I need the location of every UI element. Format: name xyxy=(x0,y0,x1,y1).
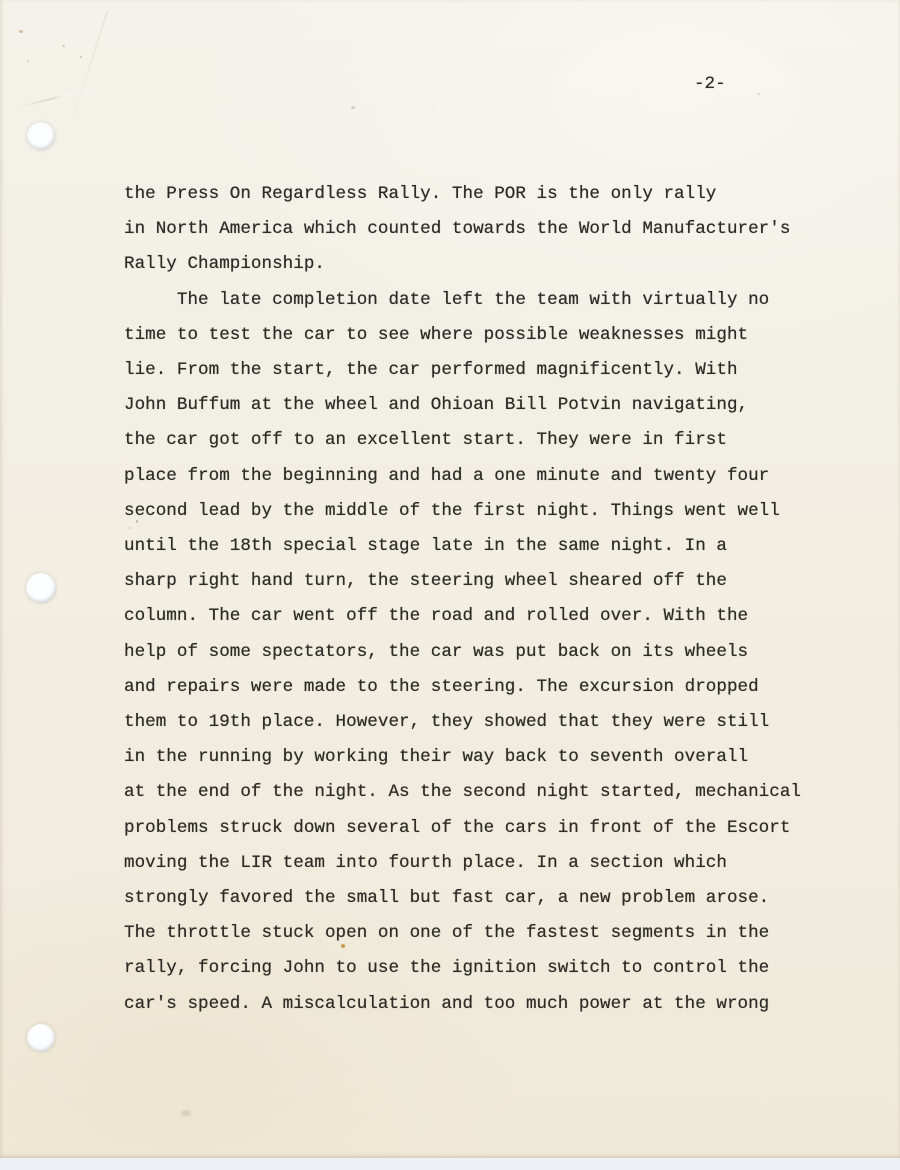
paper-stain xyxy=(351,106,355,109)
paper-stain xyxy=(757,93,760,95)
paper-stain xyxy=(80,56,82,58)
hole-punch-middle xyxy=(26,573,56,603)
page-number: -2- xyxy=(694,67,726,102)
typewritten-page: -2- the Press On Regardless Rally. The P… xyxy=(0,0,900,1158)
paper-stain xyxy=(181,1110,191,1116)
paper-stain xyxy=(62,45,65,47)
paper-stain xyxy=(27,60,29,62)
scanned-document: -2- the Press On Regardless Rally. The P… xyxy=(0,0,900,1170)
paper-crease xyxy=(19,86,99,108)
hole-punch-top xyxy=(27,122,55,150)
paper-stain xyxy=(19,30,23,33)
paper-crease xyxy=(70,11,109,126)
hole-punch-bottom xyxy=(27,1024,55,1052)
typewritten-body-text: the Press On Regardless Rally. The POR i… xyxy=(124,177,801,1022)
